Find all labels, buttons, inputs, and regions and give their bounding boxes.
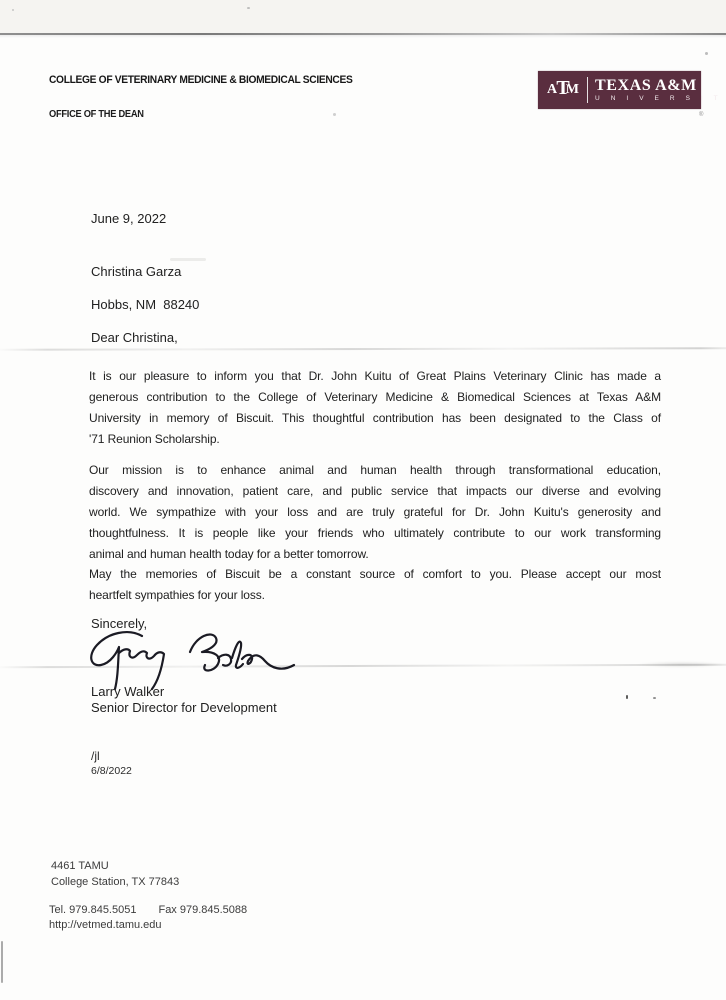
paragraph-line: discovery and innovation, patient care, … xyxy=(89,481,661,502)
scan-speck xyxy=(705,52,708,55)
paragraph-line: '71 Reunion Scholarship. xyxy=(89,429,661,450)
body-paragraph-1: It is our pleasure to inform you that Dr… xyxy=(89,366,661,450)
fold-crease-shadow xyxy=(636,661,726,668)
tamu-logo: A M T TEXAS A&M U N I V E R S I T Y xyxy=(538,71,701,109)
footer-phone: Tel. 979.845.5051 xyxy=(49,904,136,916)
salutation: Dear Christina, xyxy=(91,330,178,345)
registered-trademark-symbol: ® xyxy=(699,112,703,118)
recipient-name: Christina Garza xyxy=(91,264,181,279)
logo-wordmark: TEXAS A&M U N I V E R S I T Y xyxy=(595,78,726,103)
scanned-letter-page: COLLEGE OF VETERINARY MEDICINE & BIOMEDI… xyxy=(0,0,726,1000)
paragraph-line: It is our pleasure to inform you that Dr… xyxy=(89,366,661,387)
body-paragraph-3: May the memories of Biscuit be a constan… xyxy=(89,564,661,606)
paper-top-edge-shadow xyxy=(0,35,726,38)
paragraph-line: world. We sympathize with your loss and … xyxy=(89,502,661,523)
paragraph-line: Our mission is to enhance animal and hum… xyxy=(89,460,661,481)
paragraph-line: heartfelt sympathies for your loss. xyxy=(89,585,661,606)
footer-address-line1: 4461 TAMU xyxy=(51,860,109,872)
scanner-background xyxy=(0,0,726,33)
letterhead-office-name: OFFICE OF THE DEAN xyxy=(49,109,144,120)
recipient-city-state-zip: Hobbs, NM 88240 xyxy=(91,297,199,312)
scan-smudge xyxy=(170,258,206,261)
footer-phone-fax: Tel. 979.845.5051Fax 979.845.5088 xyxy=(49,904,247,916)
typist-initials: /jl xyxy=(91,749,100,763)
body-paragraph-2: Our mission is to enhance animal and hum… xyxy=(89,460,661,565)
typed-date: 6/8/2022 xyxy=(91,765,132,777)
emblem-letter-t: T xyxy=(556,78,569,98)
scan-speck xyxy=(626,695,628,699)
signer-title: Senior Director for Development xyxy=(91,700,277,715)
letterhead-college-name: COLLEGE OF VETERINARY MEDICINE & BIOMEDI… xyxy=(49,74,352,86)
footer-website: http://vetmed.tamu.edu xyxy=(49,919,162,931)
scan-edge-mark xyxy=(1,941,3,983)
paragraph-line: animal and human health today for a bett… xyxy=(89,544,661,565)
paragraph-line: May the memories of Biscuit be a constan… xyxy=(89,564,661,585)
fold-crease-line xyxy=(0,347,726,351)
scan-speck xyxy=(653,697,656,699)
paragraph-line: University in memory of Biscuit. This th… xyxy=(89,408,661,429)
footer-address-line2: College Station, TX 77843 xyxy=(51,876,179,888)
scan-speck xyxy=(333,113,336,116)
letter-date: June 9, 2022 xyxy=(91,211,166,226)
scan-speck xyxy=(247,7,250,9)
logo-wordmark-primary: TEXAS A&M xyxy=(595,78,726,94)
paragraph-line: thoughtfulness. It is people like your f… xyxy=(89,523,661,544)
footer-fax: Fax 979.845.5088 xyxy=(158,904,247,916)
signer-name: Larry Walker xyxy=(91,684,164,699)
logo-divider xyxy=(587,77,588,103)
logo-wordmark-secondary: U N I V E R S I T Y xyxy=(595,95,726,103)
paragraph-line: generous contribution to the College of … xyxy=(89,387,661,408)
scan-speck xyxy=(12,9,14,11)
tamu-atm-monogram-icon: A M T xyxy=(546,77,580,103)
